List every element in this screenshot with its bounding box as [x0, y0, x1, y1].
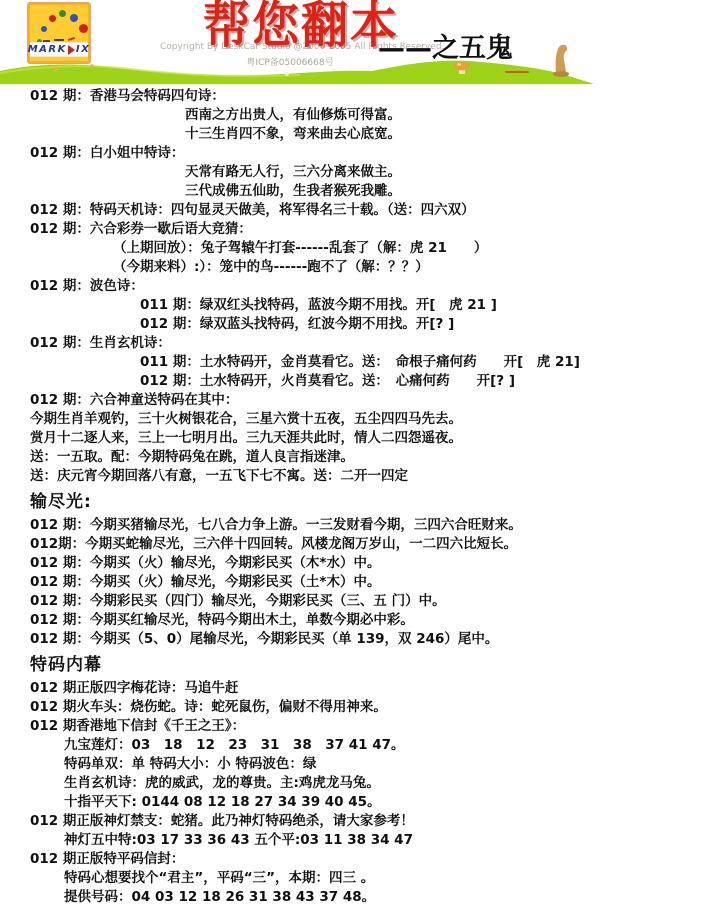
text-line: 011 期：绿双红头找特码，蓝波今期不用找。开[ 虎 21 ] [0, 296, 720, 315]
content-lines: 012 期：香港马会特码四句诗：西南之方出贵人，有仙修炼可得富。十三生肖四不象，… [0, 87, 720, 907]
text-line: 012 期正版四字梅花诗：马追牛赶 [0, 679, 720, 698]
text-line: 送：庆元宵今期回落八有意，一五飞下七不寓。送：二开一四定 [0, 467, 720, 486]
text-line: 十指平天下: 0144 08 12 18 27 34 39 40 45。 [0, 793, 720, 812]
logo-dot-red [79, 24, 88, 33]
text-line: 西南之方出贵人，有仙修炼可得富。 [0, 106, 720, 125]
red-dash-mark [505, 71, 529, 73]
text-line: 011 期：土水特码开，金肖莫看它。送： 命根子痛何药 开[ 虎 21] [0, 353, 720, 372]
text-line: 012 期：生肖玄机诗： [0, 334, 720, 353]
grass-flower [90, 64, 94, 68]
logo-dot-green [59, 10, 66, 17]
grass-flower [54, 67, 58, 71]
text-line: 012 期：六合神童送特码在其中： [0, 391, 720, 410]
page-title: 帮您翻本 [203, 0, 399, 53]
text-line: （上期回放）：兔子驾辕午打套------乱套了（解：虎 21 ） [0, 239, 720, 258]
text-line: 神灯五中特:03 17 33 36 43 五个平:03 11 38 34 47 [0, 831, 720, 850]
text-line: 012 期：今期买（火）输尽光，今期彩民买（土*木）中。 [0, 573, 720, 592]
page-subtitle: ——之五鬼 [378, 26, 513, 65]
text-line: 012 期：特码天机诗：四句显灵天做美，将军得名三十载。（送：四六双） [0, 201, 720, 220]
red-right-arrow-icon [68, 45, 75, 55]
text-line: 012 期：波色诗： [0, 277, 720, 296]
text-line: 012 期：绿双蓝头找特码，红波今期不用找。开[? ] [0, 315, 720, 334]
text-line: 今期生肖羊观钓，三十火树银花合，三星六赏十五夜，五尘四四马先去。 [0, 410, 720, 429]
text-line: 特码单双：单 特码大小：小 特码波色：绿 [0, 755, 720, 774]
text-line: 三代成佛五仙助，生我者猴死我雕。 [0, 182, 720, 201]
text-line: 012 期：今期买猪输尽光，七八合力争上游。一三发财看今期，三四六合旺财来。 [0, 516, 720, 535]
tips-content: 012 期：香港马会特码四句诗：西南之方出贵人，有仙修炼可得富。十三生肖四不象，… [0, 84, 720, 907]
section-heading: 特码内幕 [0, 654, 720, 676]
logo-dot-blue [70, 14, 78, 22]
lottery-tip-sheet: { "header": { "logo": { "brand_left": "M… [0, 0, 720, 916]
logo-wordmark: MARK IX [30, 42, 88, 57]
mark-six-logo: MARK IX [27, 2, 91, 64]
grass-flower [285, 72, 289, 76]
text-line: 送：一五取。配：今期特码兔在跳，道人良言指迷津。 [0, 448, 720, 467]
text-line: 012 期：白小姐中特诗： [0, 144, 720, 163]
text-line: 012 期：今期买（5、0）尾输尽光，今期彩民买（单 139，双 246）尾中。 [0, 630, 720, 649]
logo-word-right: IX [76, 44, 90, 55]
text-line: 九宝莲灯：03 18 12 23 31 38 37 41 47。 [0, 736, 720, 755]
logo-dot-blue [41, 26, 47, 32]
logo-slash [68, 37, 75, 41]
text-line: 生肖玄机诗：虎的威武，龙的尊贵。主:鸡虎龙马兔。 [0, 774, 720, 793]
text-line: 十三生肖四不象，弯来曲去心底宽。 [0, 125, 720, 144]
tree-stump-icon [553, 45, 569, 77]
text-line: 提供号码：04 03 12 18 26 31 38 43 37 48。 [0, 888, 720, 907]
section-heading: 输尽光: [0, 491, 720, 513]
text-line: 012 期香港地下信封《千王之王》： [0, 717, 720, 736]
text-line: 012 期正版特平码信封： [0, 850, 720, 869]
page-header: MARK IX Copyright By DeskCar Studio @200… [0, 0, 720, 84]
text-line: 012 期：今期彩民买（四门）输尽光，今期彩民买（三、五 门）中。 [0, 592, 720, 611]
text-line: 天常有路无人行，三六分离来做主。 [0, 163, 720, 182]
text-line: 012 期火车头：烧伤蛇。诗：蛇死鼠伤，偏财不得用神来。 [0, 698, 720, 717]
text-line: 012 期：六合彩券一歇后语大竞猜： [0, 220, 720, 239]
text-line: 012期：今期买蛇输尽光，三六伴十四回转。风楼龙阁万岁山，一二四六比短长。 [0, 535, 720, 554]
text-line: 012 期正版神灯禁支：蛇猪。此乃神灯特码绝杀，请大家参考！ [0, 812, 720, 831]
logo-dot-red [49, 15, 56, 22]
text-line: 012 期：土水特码开，火肖莫看它。送： 心痛何药 开[? ] [0, 372, 720, 391]
text-line: 012 期：香港马会特码四句诗： [0, 87, 720, 106]
text-line: 012 期：今期买红输尽光，特码今期出木土，单数今期必中彩。 [0, 611, 720, 630]
text-line: （今期来料）:）：笼中的鸟------跑不了（解：？？） [0, 258, 720, 277]
text-line: 特码心想要找个“君主”，平码“三”，本期：四三 。 [0, 869, 720, 888]
text-line: 赏月十二逐人来，三上一七明月出。三九天涯共此时，情人二四怨遥夜。 [0, 429, 720, 448]
logo-dash [54, 39, 64, 41]
logo-word-left: MARK [28, 44, 67, 55]
text-line: 012 期：今期买（火）输尽光，今期彩民买（木*水）中。 [0, 554, 720, 573]
